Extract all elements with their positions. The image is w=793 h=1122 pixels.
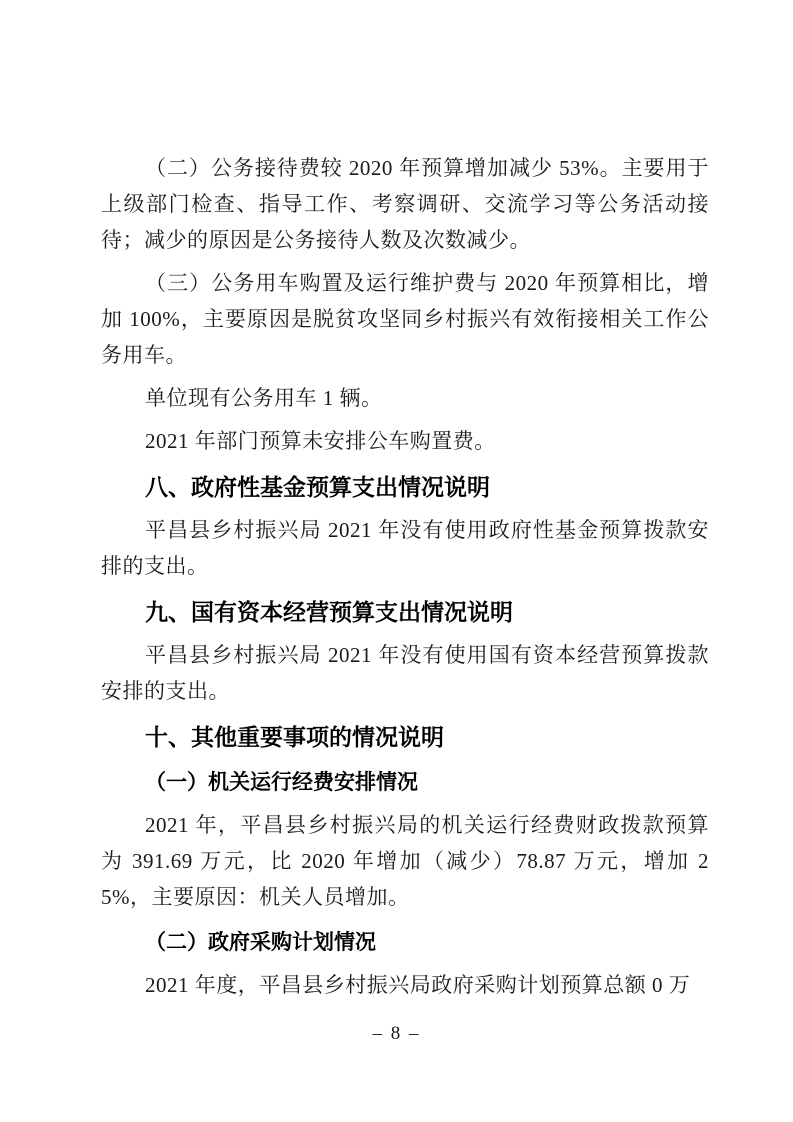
document-page: （二）公务接待费较 2020 年预算增加减少 53%。主要用于上级部门检查、指导… (0, 0, 793, 1122)
subsection-heading-operating-expenses: （一）机关运行经费安排情况 (101, 764, 709, 800)
subsection-heading-procurement-plan: （二）政府采购计划情况 (101, 924, 709, 960)
paragraph-vehicle-count: 单位现有公务用车 1 辆。 (101, 380, 709, 416)
paragraph-official-reception-fee: （二）公务接待费较 2020 年预算增加减少 53%。主要用于上级部门检查、指导… (101, 150, 709, 258)
paragraph-official-vehicle-fee: （三）公务用车购置及运行维护费与 2020 年预算相比，增加 100%，主要原因… (101, 265, 709, 373)
paragraph-operating-expenses: 2021 年，平昌县乡村振兴局的机关运行经费财政拨款预算为 391.69 万元，… (101, 807, 709, 915)
section-heading-government-fund-budget: 八、政府性基金预算支出情况说明 (101, 469, 709, 505)
document-body: （二）公务接待费较 2020 年预算增加减少 53%。主要用于上级部门检查、指导… (0, 0, 793, 1003)
paragraph-government-fund-budget: 平昌县乡村振兴局 2021 年没有使用政府性基金预算拨款安排的支出。 (101, 512, 709, 584)
paragraph-state-capital-budget: 平昌县乡村振兴局 2021 年没有使用国有资本经营预算拨款安排的支出。 (101, 637, 709, 709)
paragraph-no-vehicle-purchase-budget: 2021 年部门预算未安排公车购置费。 (101, 423, 709, 459)
paragraph-procurement-plan: 2021 年度，平昌县乡村振兴局政府采购计划预算总额 0 万 (101, 967, 709, 1003)
page-number: – 8 – (0, 1022, 793, 1046)
section-heading-other-important-matters: 十、其他重要事项的情况说明 (101, 719, 709, 755)
section-heading-state-capital-budget: 九、国有资本经营预算支出情况说明 (101, 594, 709, 630)
